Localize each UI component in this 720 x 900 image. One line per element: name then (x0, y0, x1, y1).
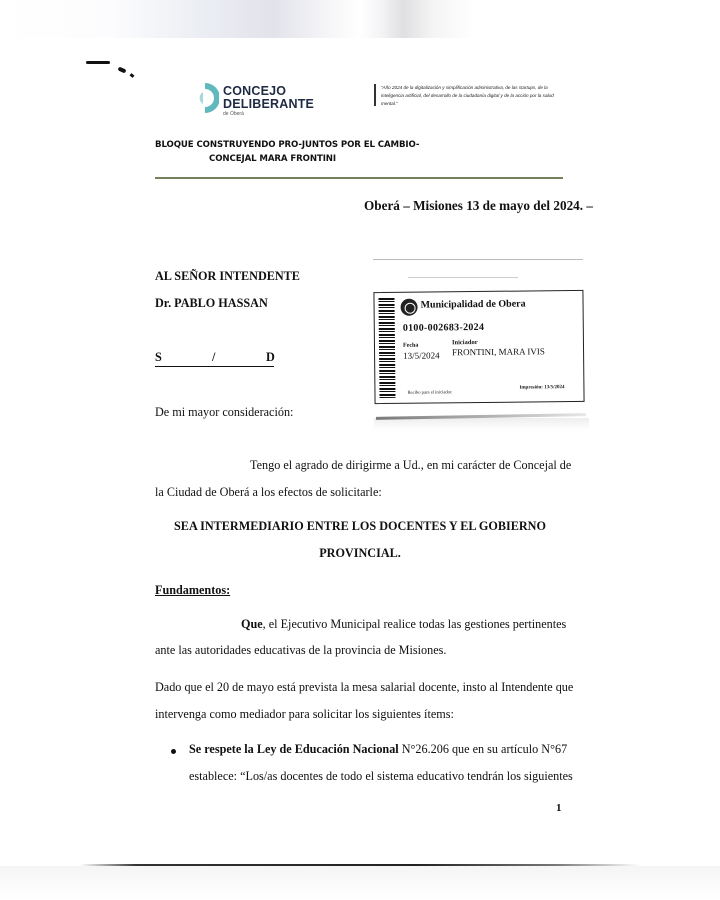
dado-paragraph-line-2: intervenga como mediador para solicitar … (155, 707, 454, 722)
date-line: Oberá – Misiones 13 de mayo del 2024. – (364, 198, 593, 214)
stamp-iniciador-label: Iniciador (452, 339, 478, 346)
bullet-pre: Se respete la (189, 742, 257, 756)
scan-edge-shadow (0, 0, 720, 38)
reception-stamp: Municipalidad de Obera 0100-002683-2024 … (368, 225, 590, 430)
stamp-fecha-value: 13/5/2024 (403, 350, 440, 360)
request-line-2: PROVINCIAL. (0, 546, 720, 561)
stamp-expediente-number: 0100-002683-2024 (403, 322, 485, 334)
que-paragraph-line-1: Que, el Ejecutivo Municipal realice toda… (241, 617, 566, 632)
request-line-1: SEA INTERMEDIARIO ENTRE LOS DOCENTES Y E… (0, 519, 720, 534)
stamp-impresion: Impresión: 13/5/2024 (519, 385, 564, 390)
scan-bottom-shadow (0, 866, 720, 900)
su-despacho: S / D (155, 350, 274, 367)
municipal-seal-icon (400, 299, 417, 316)
logo-mark-icon (199, 82, 219, 114)
motto-divider (374, 84, 376, 106)
fundamentos-heading: Fundamentos: (155, 583, 230, 598)
handwritten-mark (130, 73, 135, 78)
logo-text-city: de Oberá (223, 111, 244, 117)
stamp-fecha-label: Fecha (403, 343, 418, 349)
bullet-law-name: Ley de Educación Nacional (257, 742, 399, 756)
logo-text-deliberante: DELIBERANTE (223, 97, 314, 111)
handwritten-mark (118, 66, 127, 73)
page-number: 1 (556, 802, 562, 814)
que-paragraph-line-2: ante las autoridades educativas de la pr… (155, 643, 446, 658)
handwritten-mark (86, 61, 110, 64)
recipient-name: Dr. PABLO HASSAN (155, 296, 268, 311)
faint-line (408, 277, 518, 278)
concejal-name: CONCEJAL MARA FRONTINI (209, 154, 336, 164)
bloque-name: BLOQUE CONSTRUYENDO PRO-JUNTOS POR EL CA… (155, 140, 419, 150)
que-bold: Que (241, 617, 263, 631)
sd-slash: / (212, 350, 215, 365)
bullet-item-line-2: establece: “Los/as docentes de todo el s… (189, 769, 573, 784)
dado-paragraph-line-1: Dado que el 20 de mayo está prevista la … (155, 680, 573, 695)
intro-line-2: la Ciudad de Oberá a los efectos de soli… (155, 485, 382, 500)
logo-text-concejo: CONCEJO (223, 84, 286, 98)
year-motto: “Año 2024 de la digitalización y simplif… (381, 84, 571, 108)
header-divider (155, 177, 563, 179)
intro-line-1: Tengo el agrado de dirigirme a Ud., en m… (250, 458, 571, 473)
barcode-icon (378, 298, 395, 398)
greeting: De mi mayor consideración: (155, 405, 293, 420)
que-text: , el Ejecutivo Municipal realice todas l… (263, 617, 567, 631)
recipient-title: AL SEÑOR INTENDENTE (155, 269, 300, 284)
stamp-iniciador-value: FRONTINI, MARA IVIS (452, 346, 545, 357)
stamp-recibo: Recibo para el iniciador. (407, 389, 452, 394)
stamp-institution: Municipalidad de Obera (421, 299, 526, 311)
bullet-item-line-1: Se respete la Ley de Educación Nacional … (189, 742, 567, 757)
bullet-post: N°26.206 que en su artículo N°67 (399, 742, 568, 756)
bullet-icon (171, 749, 176, 754)
torn-edge-shadow (374, 418, 589, 430)
concejo-deliberante-logo: CONCEJO DELIBERANTE de Oberá (199, 82, 309, 118)
stamp-receipt: Municipalidad de Obera 0100-002683-2024 … (373, 290, 584, 404)
sd-s: S (155, 350, 162, 365)
faint-line (373, 259, 583, 260)
sd-d: D (266, 350, 275, 365)
